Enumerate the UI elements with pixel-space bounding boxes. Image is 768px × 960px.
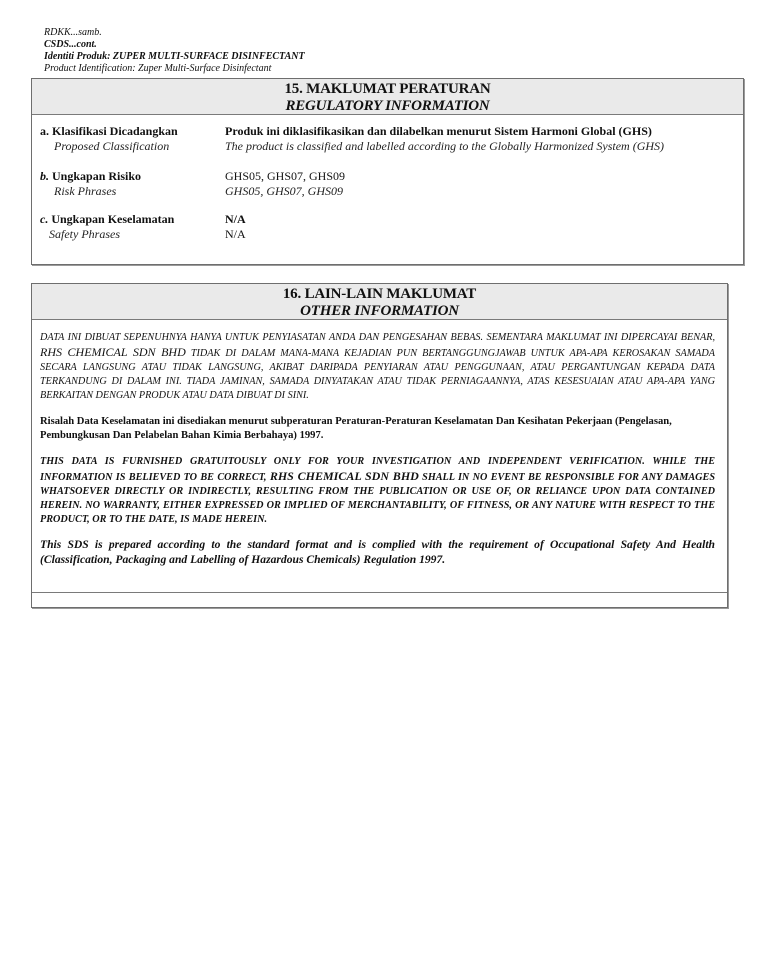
product-identity-en: Product Identification: Zuper Multi-Surf… xyxy=(44,63,305,75)
row-value-ms: GHS05, GHS07, GHS09 xyxy=(225,169,740,184)
row-label-en: Risk Phrases xyxy=(40,184,230,199)
section-other-information: 16. LAIN-LAIN MAKLUMAT OTHER INFORMATION… xyxy=(31,283,728,608)
row-value-ms: Produk ini diklasifikasikan dan dilabelk… xyxy=(225,124,740,139)
company-name: RHS CHEMICAL SDN BHD xyxy=(270,469,419,483)
regulation-statement-ms: Risalah Data Keselamatan ini disediakan … xyxy=(40,415,715,443)
continuation-label-en: CSDS...cont. xyxy=(44,39,305,51)
section-16-title-ms: 16. LAIN-LAIN MAKLUMAT xyxy=(32,286,727,303)
row-value-ms: N/A xyxy=(225,212,740,227)
section-15-title-en: REGULATORY INFORMATION xyxy=(32,98,743,115)
company-name: RHS CHEMICAL SDN BHD xyxy=(40,345,186,359)
row-label-en: Proposed Classification xyxy=(40,139,230,154)
row-value-en: N/A xyxy=(225,227,740,242)
section-15-header: 15. MAKLUMAT PERATURAN REGULATORY INFORM… xyxy=(32,79,743,115)
row-letter: c. xyxy=(40,212,48,226)
regulation-statement-en: This SDS is prepared according to the st… xyxy=(40,537,715,567)
row-label-ms: c. Ungkapan Keselamatan xyxy=(40,212,230,227)
product-identity-ms: Identiti Produk: ZUPER MULTI-SURFACE DIS… xyxy=(44,51,305,63)
disclaimer-en: THIS DATA IS FURNISHED GRATUITOUSLY ONLY… xyxy=(40,455,715,527)
row-label-ms: a. Klasifikasi Dicadangkan xyxy=(40,124,230,139)
row-letter: a. xyxy=(40,124,49,138)
row-value-en: GHS05, GHS07, GHS09 xyxy=(225,184,740,199)
other-information-body: DATA INI DIBUAT SEPENUHNYA HANYA UNTUK P… xyxy=(40,331,715,567)
disclaimer-ms: DATA INI DIBUAT SEPENUHNYA HANYA UNTUK P… xyxy=(40,331,715,403)
section-regulatory-information: 15. MAKLUMAT PERATURAN REGULATORY INFORM… xyxy=(31,78,744,265)
continuation-label-ms: RDKK...samb. xyxy=(44,27,305,39)
row-label-ms: b. Ungkapan Risiko xyxy=(40,169,230,184)
row-label-en: Safety Phrases xyxy=(40,227,230,242)
section-15-title-ms: 15. MAKLUMAT PERATURAN xyxy=(32,81,743,98)
section-divider xyxy=(32,592,727,593)
section-16-header: 16. LAIN-LAIN MAKLUMAT OTHER INFORMATION xyxy=(32,284,727,320)
row-letter: b. xyxy=(40,169,49,183)
row-value-en: The product is classified and labelled a… xyxy=(225,139,740,154)
page-running-header: RDKK...samb. CSDS...cont. Identiti Produ… xyxy=(44,27,305,75)
section-16-title-en: OTHER INFORMATION xyxy=(32,303,727,320)
